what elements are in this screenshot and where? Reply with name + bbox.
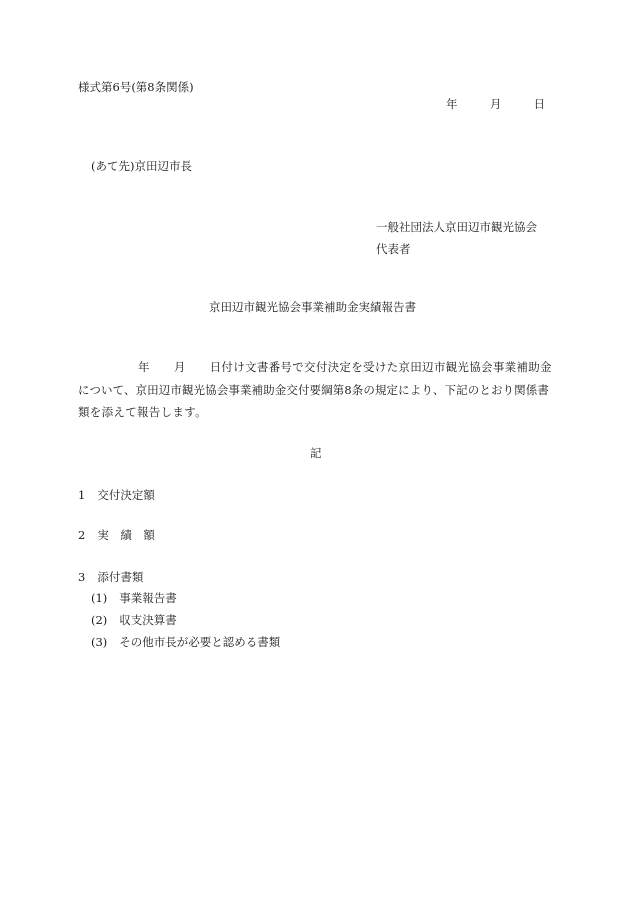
attachment-1: (1)事業報告書 <box>91 593 177 605</box>
item-1: 1交付決定額 <box>78 490 155 502</box>
item-2: 2実 績 額 <box>78 530 155 542</box>
item-1-number: 1 <box>78 488 85 502</box>
ki-marker: 記 <box>310 448 322 460</box>
attachment-3-number: (3) <box>91 635 107 649</box>
item-1-label: 交付決定額 <box>97 488 155 502</box>
form-number: 様式第6号(第8条関係) <box>78 82 194 94</box>
date-month-label: 月 <box>490 99 502 111</box>
body-line-1-text: 日付け文書番号で交付決定を受けた京田辺市観光協会事業補助金 <box>210 360 552 374</box>
body-line-3: 類を添えて報告します。 <box>78 407 207 419</box>
attachment-2: (2)収支決算書 <box>91 615 177 627</box>
date-day-label: 日 <box>534 99 546 111</box>
body-year-label: 年 <box>138 360 150 374</box>
body-line-2: について、京田辺市観光協会事業補助金交付要綱第8条の規定により、下記のとおり関係… <box>78 385 549 397</box>
body-line-1: 年月日付け文書番号で交付決定を受けた京田辺市観光協会事業補助金 <box>78 362 552 374</box>
body-month-label: 月 <box>174 360 186 374</box>
item-2-label: 実 績 額 <box>97 528 155 542</box>
sender-representative: 代表者 <box>376 244 411 256</box>
sender-organization: 一般社団法人京田辺市観光協会 <box>376 222 537 234</box>
document-title: 京田辺市観光協会事業補助金実績報告書 <box>209 302 416 314</box>
attachment-1-label: 事業報告書 <box>119 591 177 605</box>
item-3: 3添付書類 <box>78 572 143 584</box>
item-2-number: 2 <box>78 528 85 542</box>
attachment-1-number: (1) <box>91 591 107 605</box>
date-year-label: 年 <box>446 99 458 111</box>
attachment-3-label: その他市長が必要と認める書類 <box>119 635 280 649</box>
attachment-2-number: (2) <box>91 613 107 627</box>
attachment-3: (3)その他市長が必要と認める書類 <box>91 637 280 649</box>
item-3-label: 添付書類 <box>97 570 143 584</box>
item-3-number: 3 <box>78 570 85 584</box>
attachment-2-label: 収支決算書 <box>119 613 177 627</box>
addressee: (あて先)京田辺市長 <box>91 161 192 173</box>
date-line: 年 月 日 <box>446 99 545 111</box>
